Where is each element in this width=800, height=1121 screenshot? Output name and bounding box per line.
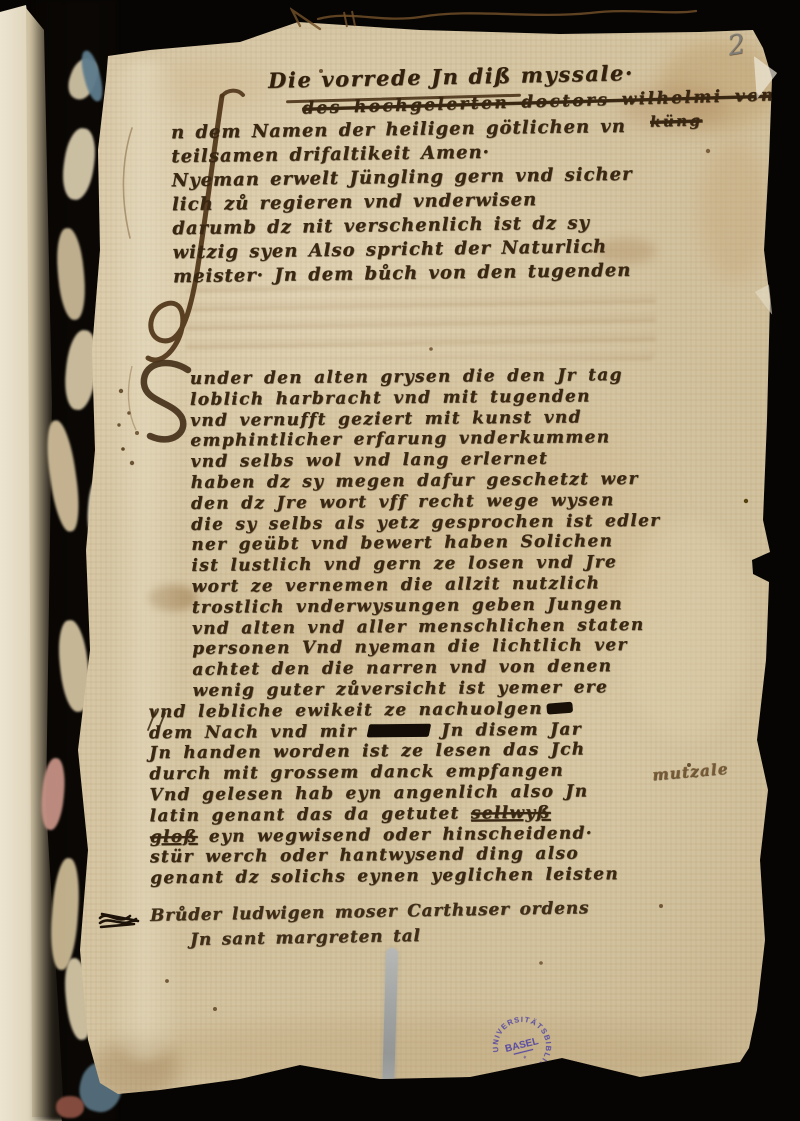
manuscript-page: Die vorrede Jn diß myssale· des hochgele… xyxy=(0,0,800,1121)
photo-background: Die vorrede Jn diß myssale· des hochgele… xyxy=(0,0,800,1121)
line-text: eyn wegwisend oder hinscheidend· xyxy=(209,823,593,846)
paragraph-1: n dem Namen der heiligen götlichen vntei… xyxy=(171,115,634,289)
stain-spot xyxy=(700,140,770,280)
colophon-line-1: Brůder ludwigen moser Carthuser ordens xyxy=(150,898,590,926)
paragraph-2-lines-c: stür werch oder hantwysend ding alsogena… xyxy=(150,843,664,889)
foxing-specks xyxy=(0,0,2,2)
binding-fray-red xyxy=(56,1096,84,1118)
paragraph-1-lines: n dem Namen der heiligen götlichen vntei… xyxy=(171,115,634,289)
line-text: latin genant das da getutet xyxy=(150,803,460,826)
paragraph-2-lines-a: under den alten grysen die den Jr taglob… xyxy=(146,365,662,702)
paragraph-2-lines-b: Jn handen worden ist ze lesen das Jchdur… xyxy=(149,739,663,806)
stamp-mark: * xyxy=(523,1054,528,1063)
heading-title: Die vorrede Jn diß myssale· xyxy=(268,60,634,93)
struck-words: sellwyß xyxy=(471,802,551,823)
struck-word: küng xyxy=(650,111,703,130)
ink-smear xyxy=(547,701,574,714)
margin-note: mutzale xyxy=(651,759,729,785)
ink-scribble-mark xyxy=(98,906,144,932)
show-through-text xyxy=(186,286,656,360)
text-line: genant dz solichs eynen yeglichen leiste… xyxy=(150,864,664,889)
line-text: vnd lebliche ewikeit ze nachuolgen xyxy=(149,699,543,722)
line-text: dem Nach vnd mir xyxy=(149,721,357,743)
struck-words: gloß xyxy=(150,826,198,846)
text-line: meister· Jn dem bůch von den tugenden xyxy=(173,259,634,289)
stain-spot xyxy=(120,1020,720,1090)
line-text: Jn disem Jar xyxy=(441,719,582,740)
colophon-line-2: Jn sant margreten tal xyxy=(190,926,421,950)
library-stamp: UNIVERSITÄTSBIBLIOTHEK BASEL * xyxy=(478,1002,565,1089)
ink-blot-redaction xyxy=(367,723,432,737)
pen-trial-scribble xyxy=(290,2,710,34)
paragraph-2: under den alten grysen die den Jr taglob… xyxy=(146,365,664,889)
margin-correction-mark xyxy=(144,706,170,736)
